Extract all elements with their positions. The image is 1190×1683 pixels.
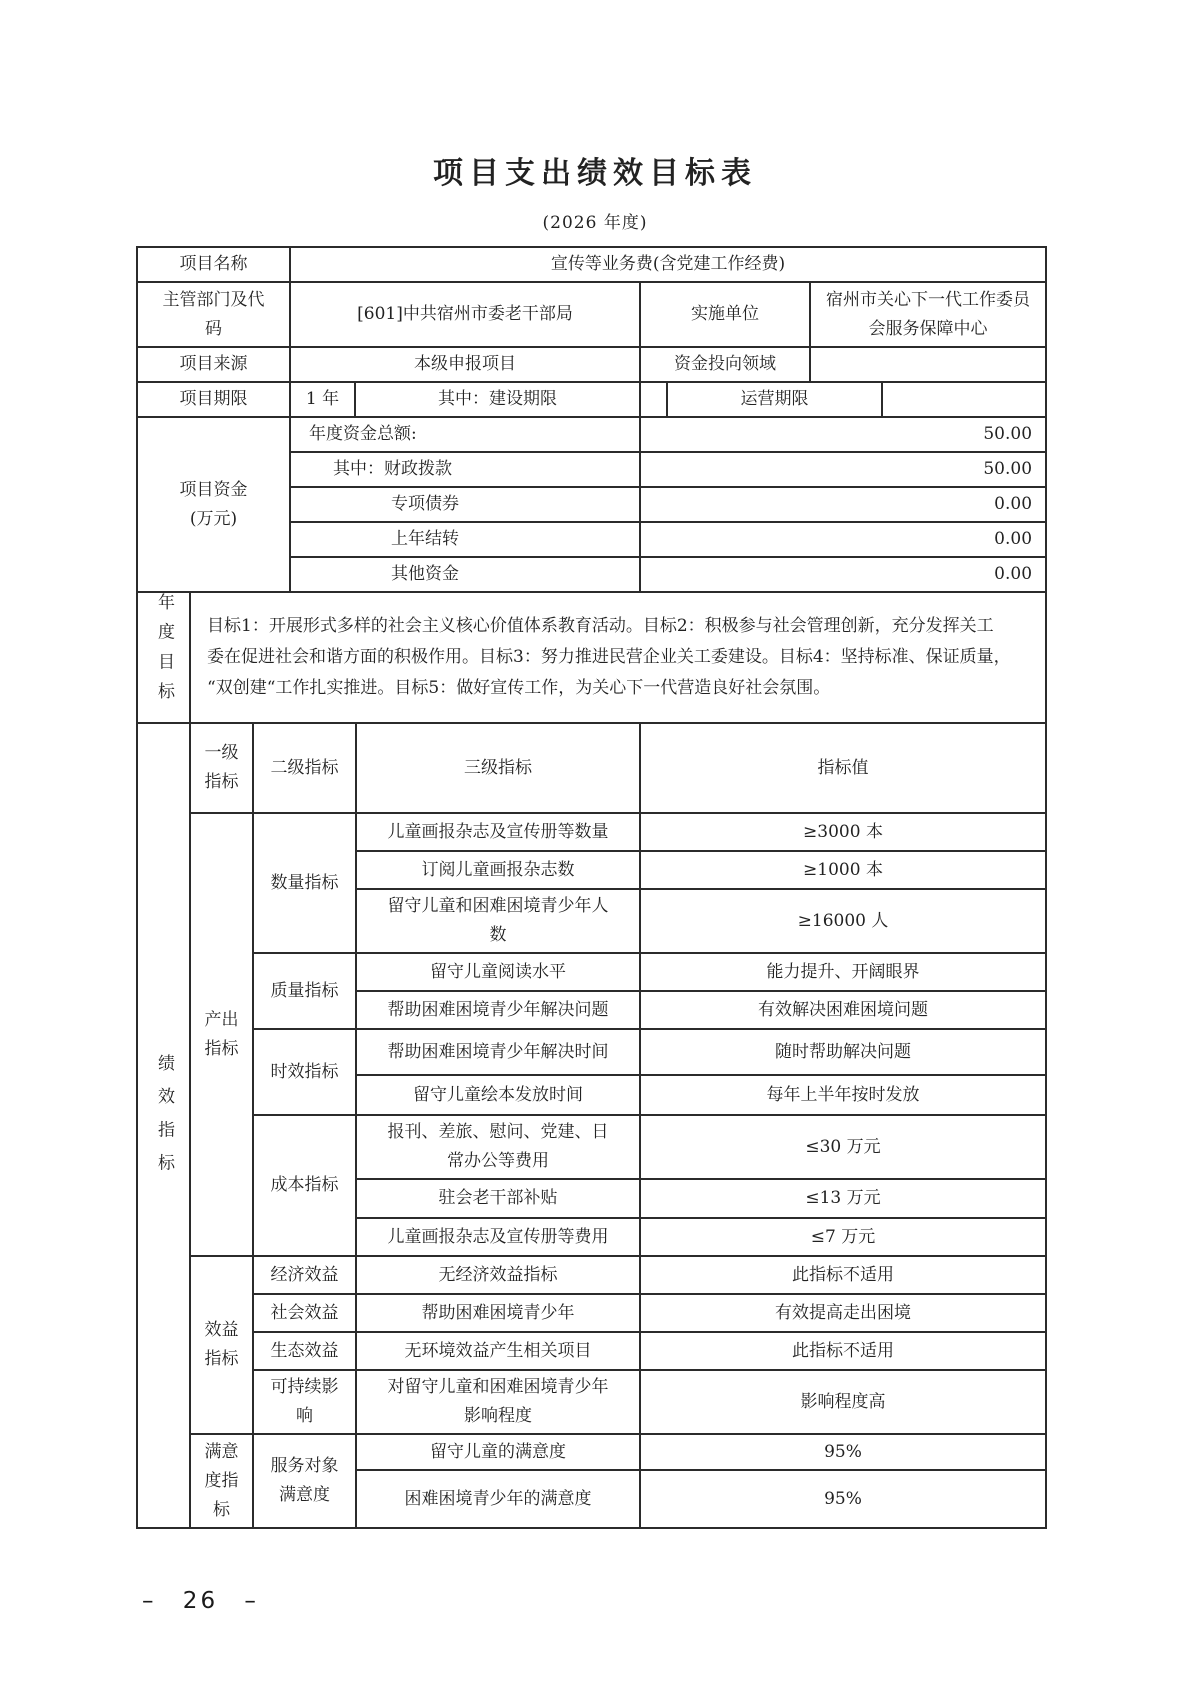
project-name-label: 项目名称 xyxy=(137,247,290,282)
level1-benefit: 效益指标 xyxy=(190,1256,253,1434)
level3-cell: 帮助困难困境青少年解决问题 xyxy=(356,991,640,1029)
value-cell: ≤30 万元 xyxy=(640,1115,1046,1179)
indicator-row: 成本指标 报刊、差旅、慰问、党建、日常办公等费用 ≤30 万元 xyxy=(137,1115,1046,1179)
indicator-row: 满意度指标 服务对象满意度 留守儿童的满意度 95% xyxy=(137,1434,1046,1470)
period-row: 项目期限 1 年 其中：建设期限 运营期限 xyxy=(137,382,1046,417)
level2-sustainability: 可持续影响 xyxy=(253,1370,356,1434)
indicator-row: 生态效益 无环境效益产生相关项目 此指标不适用 xyxy=(137,1332,1046,1370)
value-cell: 此指标不适用 xyxy=(640,1332,1046,1370)
value-cell: 有效解决困难困境问题 xyxy=(640,991,1046,1029)
funds-total-label: 年度资金总额: xyxy=(290,417,640,452)
period-value: 1 年 xyxy=(290,382,355,417)
funds-bond-label: 专项债券 xyxy=(290,487,640,522)
level3-cell: 驻会老干部补贴 xyxy=(356,1179,640,1218)
level2-social: 社会效益 xyxy=(253,1294,356,1332)
indicator-row: 质量指标 留守儿童阅读水平 能力提升、开阔眼界 xyxy=(137,953,1046,991)
page-number: – 26 – xyxy=(142,1588,259,1614)
value-cell: ≤7 万元 xyxy=(640,1218,1046,1256)
funds-total-row: 项目资金 (万元) 年度资金总额: 50.00 xyxy=(137,417,1046,452)
indicator-row: 产出指标 数量指标 儿童画报杂志及宣传册等数量 ≥3000 本 xyxy=(137,813,1046,851)
level2-economic: 经济效益 xyxy=(253,1256,356,1294)
page-title: 项目支出绩效目标表 xyxy=(0,0,1190,192)
level2-ecological: 生态效益 xyxy=(253,1332,356,1370)
funds-total-value: 50.00 xyxy=(640,417,1046,452)
impl-unit-label: 实施单位 xyxy=(640,282,810,347)
header-value: 指标值 xyxy=(640,723,1046,813)
annual-goal-label-cell: 年度目标 xyxy=(137,592,190,723)
funds-other-label: 其他资金 xyxy=(290,557,640,592)
invest-value xyxy=(810,347,1046,382)
level2-service-target: 服务对象满意度 xyxy=(253,1434,356,1528)
funds-label: 项目资金 (万元) xyxy=(137,417,290,592)
level3-cell: 留守儿童绘本发放时间 xyxy=(356,1075,640,1115)
level1-output: 产出指标 xyxy=(190,813,253,1256)
level3-cell: 儿童画报杂志及宣传册等费用 xyxy=(356,1218,640,1256)
project-name-row: 项目名称 宣传等业务费(含党建工作经费) xyxy=(137,247,1046,282)
value-cell: 有效提高走出困境 xyxy=(640,1294,1046,1332)
performance-table: 年度目标 目标1：开展形式多样的社会主义核心价值体系教育活动。目标2：积极参与社… xyxy=(136,591,1047,1529)
level2-timeliness: 时效指标 xyxy=(253,1029,356,1115)
value-cell: 此指标不适用 xyxy=(640,1256,1046,1294)
level1-satisfaction: 满意度指标 xyxy=(190,1434,253,1528)
level2-quality: 质量指标 xyxy=(253,953,356,1029)
header-level2: 二级指标 xyxy=(253,723,356,813)
level3-cell: 困难困境青少年的满意度 xyxy=(356,1470,640,1528)
dept-row: 主管部门及代码 [601]中共宿州市委老干部局 实施单位 宿州市关心下一代工作委… xyxy=(137,282,1046,347)
value-cell: ≤13 万元 xyxy=(640,1179,1046,1218)
indicator-row: 效益指标 经济效益 无经济效益指标 此指标不适用 xyxy=(137,1256,1046,1294)
level3-cell: 对留守儿童和困难困境青少年影响程度 xyxy=(356,1370,640,1434)
level3-cell: 留守儿童阅读水平 xyxy=(356,953,640,991)
indicator-header-row: 绩效指标 一级指标 二级指标 三级指标 指标值 xyxy=(137,723,1046,813)
level3-cell: 留守儿童和困难困境青少年人数 xyxy=(356,889,640,953)
level2-cost: 成本指标 xyxy=(253,1115,356,1256)
level3-cell: 帮助困难困境青少年解决时间 xyxy=(356,1029,640,1075)
level3-cell: 报刊、差旅、慰问、党建、日常办公等费用 xyxy=(356,1115,640,1179)
annual-goal-text: 目标1：开展形式多样的社会主义核心价值体系教育活动。目标2：积极参与社会管理创新… xyxy=(190,592,1046,723)
invest-label: 资金投向领域 xyxy=(640,347,810,382)
project-name-value: 宣传等业务费(含党建工作经费) xyxy=(290,247,1046,282)
funds-fiscal-value: 50.00 xyxy=(640,452,1046,487)
level3-cell: 帮助困难困境青少年 xyxy=(356,1294,640,1332)
level3-cell: 无环境效益产生相关项目 xyxy=(356,1332,640,1370)
funds-other-value: 0.00 xyxy=(640,557,1046,592)
dept-value: [601]中共宿州市委老干部局 xyxy=(290,282,640,347)
level3-cell: 儿童画报杂志及宣传册等数量 xyxy=(356,813,640,851)
document-page: 项目支出绩效目标表 (2026 年度) 项目名称 宣传等业务费(含党建工作经费)… xyxy=(0,0,1190,1683)
value-cell: ≥1000 本 xyxy=(640,851,1046,889)
funds-carryover-value: 0.00 xyxy=(640,522,1046,557)
perf-section-label: 绩效指标 xyxy=(149,1054,178,1187)
impl-unit-value: 宿州市关心下一代工作委员会服务保障中心 xyxy=(810,282,1046,347)
period-label: 项目期限 xyxy=(137,382,290,417)
level3-cell: 无经济效益指标 xyxy=(356,1256,640,1294)
level2-quantity: 数量指标 xyxy=(253,813,356,953)
source-row: 项目来源 本级申报项目 资金投向领域 xyxy=(137,347,1046,382)
value-cell: 随时帮助解决问题 xyxy=(640,1029,1046,1075)
indicator-row: 可持续影响 对留守儿童和困难困境青少年影响程度 影响程度高 xyxy=(137,1370,1046,1434)
value-cell: 95% xyxy=(640,1470,1046,1528)
dept-label: 主管部门及代码 xyxy=(137,282,290,347)
annual-goal-row: 年度目标 目标1：开展形式多样的社会主义核心价值体系教育活动。目标2：积极参与社… xyxy=(137,592,1046,723)
level3-cell: 订阅儿童画报杂志数 xyxy=(356,851,640,889)
source-value: 本级申报项目 xyxy=(290,347,640,382)
funds-carryover-label: 上年结转 xyxy=(290,522,640,557)
build-period-label: 其中：建设期限 xyxy=(355,382,640,417)
perf-section-label-cell: 绩效指标 xyxy=(137,723,190,1528)
header-level1: 一级指标 xyxy=(190,723,253,813)
value-cell: 95% xyxy=(640,1434,1046,1470)
value-cell: 能力提升、开阔眼界 xyxy=(640,953,1046,991)
level3-cell: 留守儿童的满意度 xyxy=(356,1434,640,1470)
header-level3: 三级指标 xyxy=(356,723,640,813)
value-cell: 影响程度高 xyxy=(640,1370,1046,1434)
indicator-row: 社会效益 帮助困难困境青少年 有效提高走出困境 xyxy=(137,1294,1046,1332)
page-subtitle: (2026 年度) xyxy=(0,208,1190,233)
source-label: 项目来源 xyxy=(137,347,290,382)
value-cell: ≥3000 本 xyxy=(640,813,1046,851)
oper-period-value xyxy=(882,382,1046,417)
value-cell: ≥16000 人 xyxy=(640,889,1046,953)
indicator-row: 时效指标 帮助困难困境青少年解决时间 随时帮助解决问题 xyxy=(137,1029,1046,1075)
project-info-table: 项目名称 宣传等业务费(含党建工作经费) 主管部门及代码 [601]中共宿州市委… xyxy=(136,246,1047,593)
funds-bond-value: 0.00 xyxy=(640,487,1046,522)
oper-period-label: 运营期限 xyxy=(667,382,882,417)
value-cell: 每年上半年按时发放 xyxy=(640,1075,1046,1115)
annual-goal-label: 年度目标 xyxy=(149,593,178,712)
funds-fiscal-label: 其中：财政拨款 xyxy=(290,452,640,487)
build-period-value xyxy=(640,382,667,417)
